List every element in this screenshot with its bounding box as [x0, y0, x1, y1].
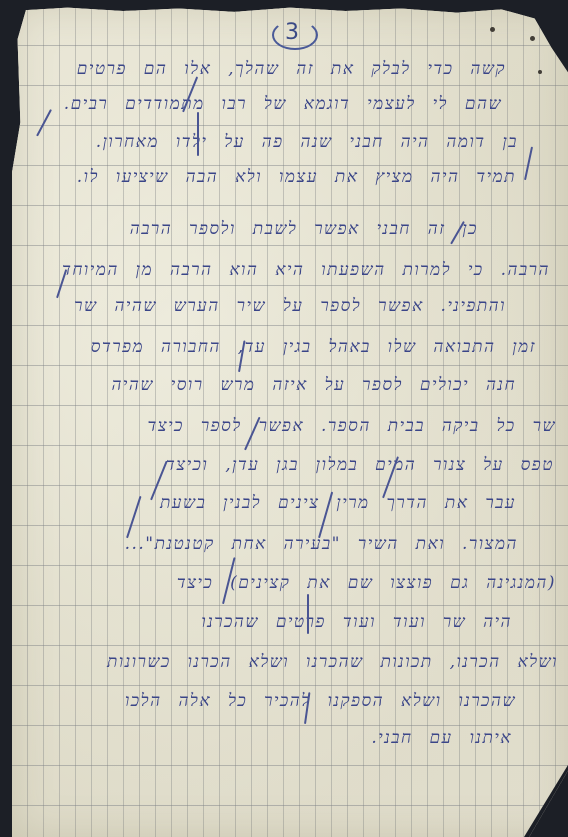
text-line: שר כל ביקה בבית הספר. אפשר לספר כיצד	[147, 416, 556, 436]
text-line: כן זה חבני אפשר לשבת ולספר הרבה	[130, 219, 478, 239]
scanned-document: 3 קשה כדי לבלק את זה שהלך, אלו הם פרטים …	[0, 0, 568, 837]
page-number: 3	[268, 18, 324, 46]
text-line: שהכרנו ושלא הספקנו להכיר כל אלה הלכו	[125, 691, 516, 711]
text-line: ושלא הכרנו, תכונות שהכרנו ושלא הכרנו כשר…	[107, 652, 558, 672]
ink-spot	[538, 70, 542, 74]
paper-sheet: 3 קשה כדי לבלק את זה שהלך, אלו הם פרטים …	[12, 6, 568, 837]
ink-spot	[490, 27, 495, 32]
folded-corner	[524, 765, 568, 837]
text-line: עבר את הדרך מרין צינים לבנין בשעת	[160, 493, 516, 513]
page-number-label: 3	[285, 20, 299, 45]
text-line: תמיד היה מציץ את עצמו ולא הבה שיציעו לו.	[77, 167, 516, 187]
handwriting-stroke	[307, 594, 309, 634]
text-line: המצור. ואת השיר "בעירה אחת קטנטנת"...	[125, 534, 518, 554]
text-line: והתפיני. אפשר לספר על שיר הערש שהיה שר	[74, 296, 506, 316]
handwriting-stroke	[524, 147, 533, 181]
text-line: חנה יכולים לספר על איזה מרש רוסי שהיה	[111, 375, 516, 395]
text-line: הרבה. כי למרות השפעתו היא הוא הרבה מן המ…	[62, 260, 550, 280]
text-line: איתנו עם חבני.	[371, 728, 512, 748]
text-line: טפס על צנור המים במלון בגן עדן, וכיצד	[166, 455, 554, 475]
ink-spot	[530, 36, 535, 41]
text-line: (המנגינה גם פוצצו שם את קצינים) כיצד	[177, 573, 556, 593]
text-line: בן דומה היה חבני שנה פה על ילדו מאחרון.	[96, 132, 518, 152]
text-line: זמן התבואה שלו באהל בגין עד, החבורה מפרד…	[91, 337, 536, 357]
text-line: היה שר ועוד ועוד פרטים שהכרנו	[201, 612, 512, 632]
text-line: שהם לי לעצמי דוגמא של רבו מתמודדים רבים.	[64, 94, 502, 114]
text-line: קשה כדי לבלק את זה שהלך, אלו הם פרטים	[77, 59, 506, 79]
handwriting-stroke	[126, 496, 141, 538]
handwriting-stroke	[36, 109, 52, 136]
handwriting-stroke	[197, 112, 199, 156]
